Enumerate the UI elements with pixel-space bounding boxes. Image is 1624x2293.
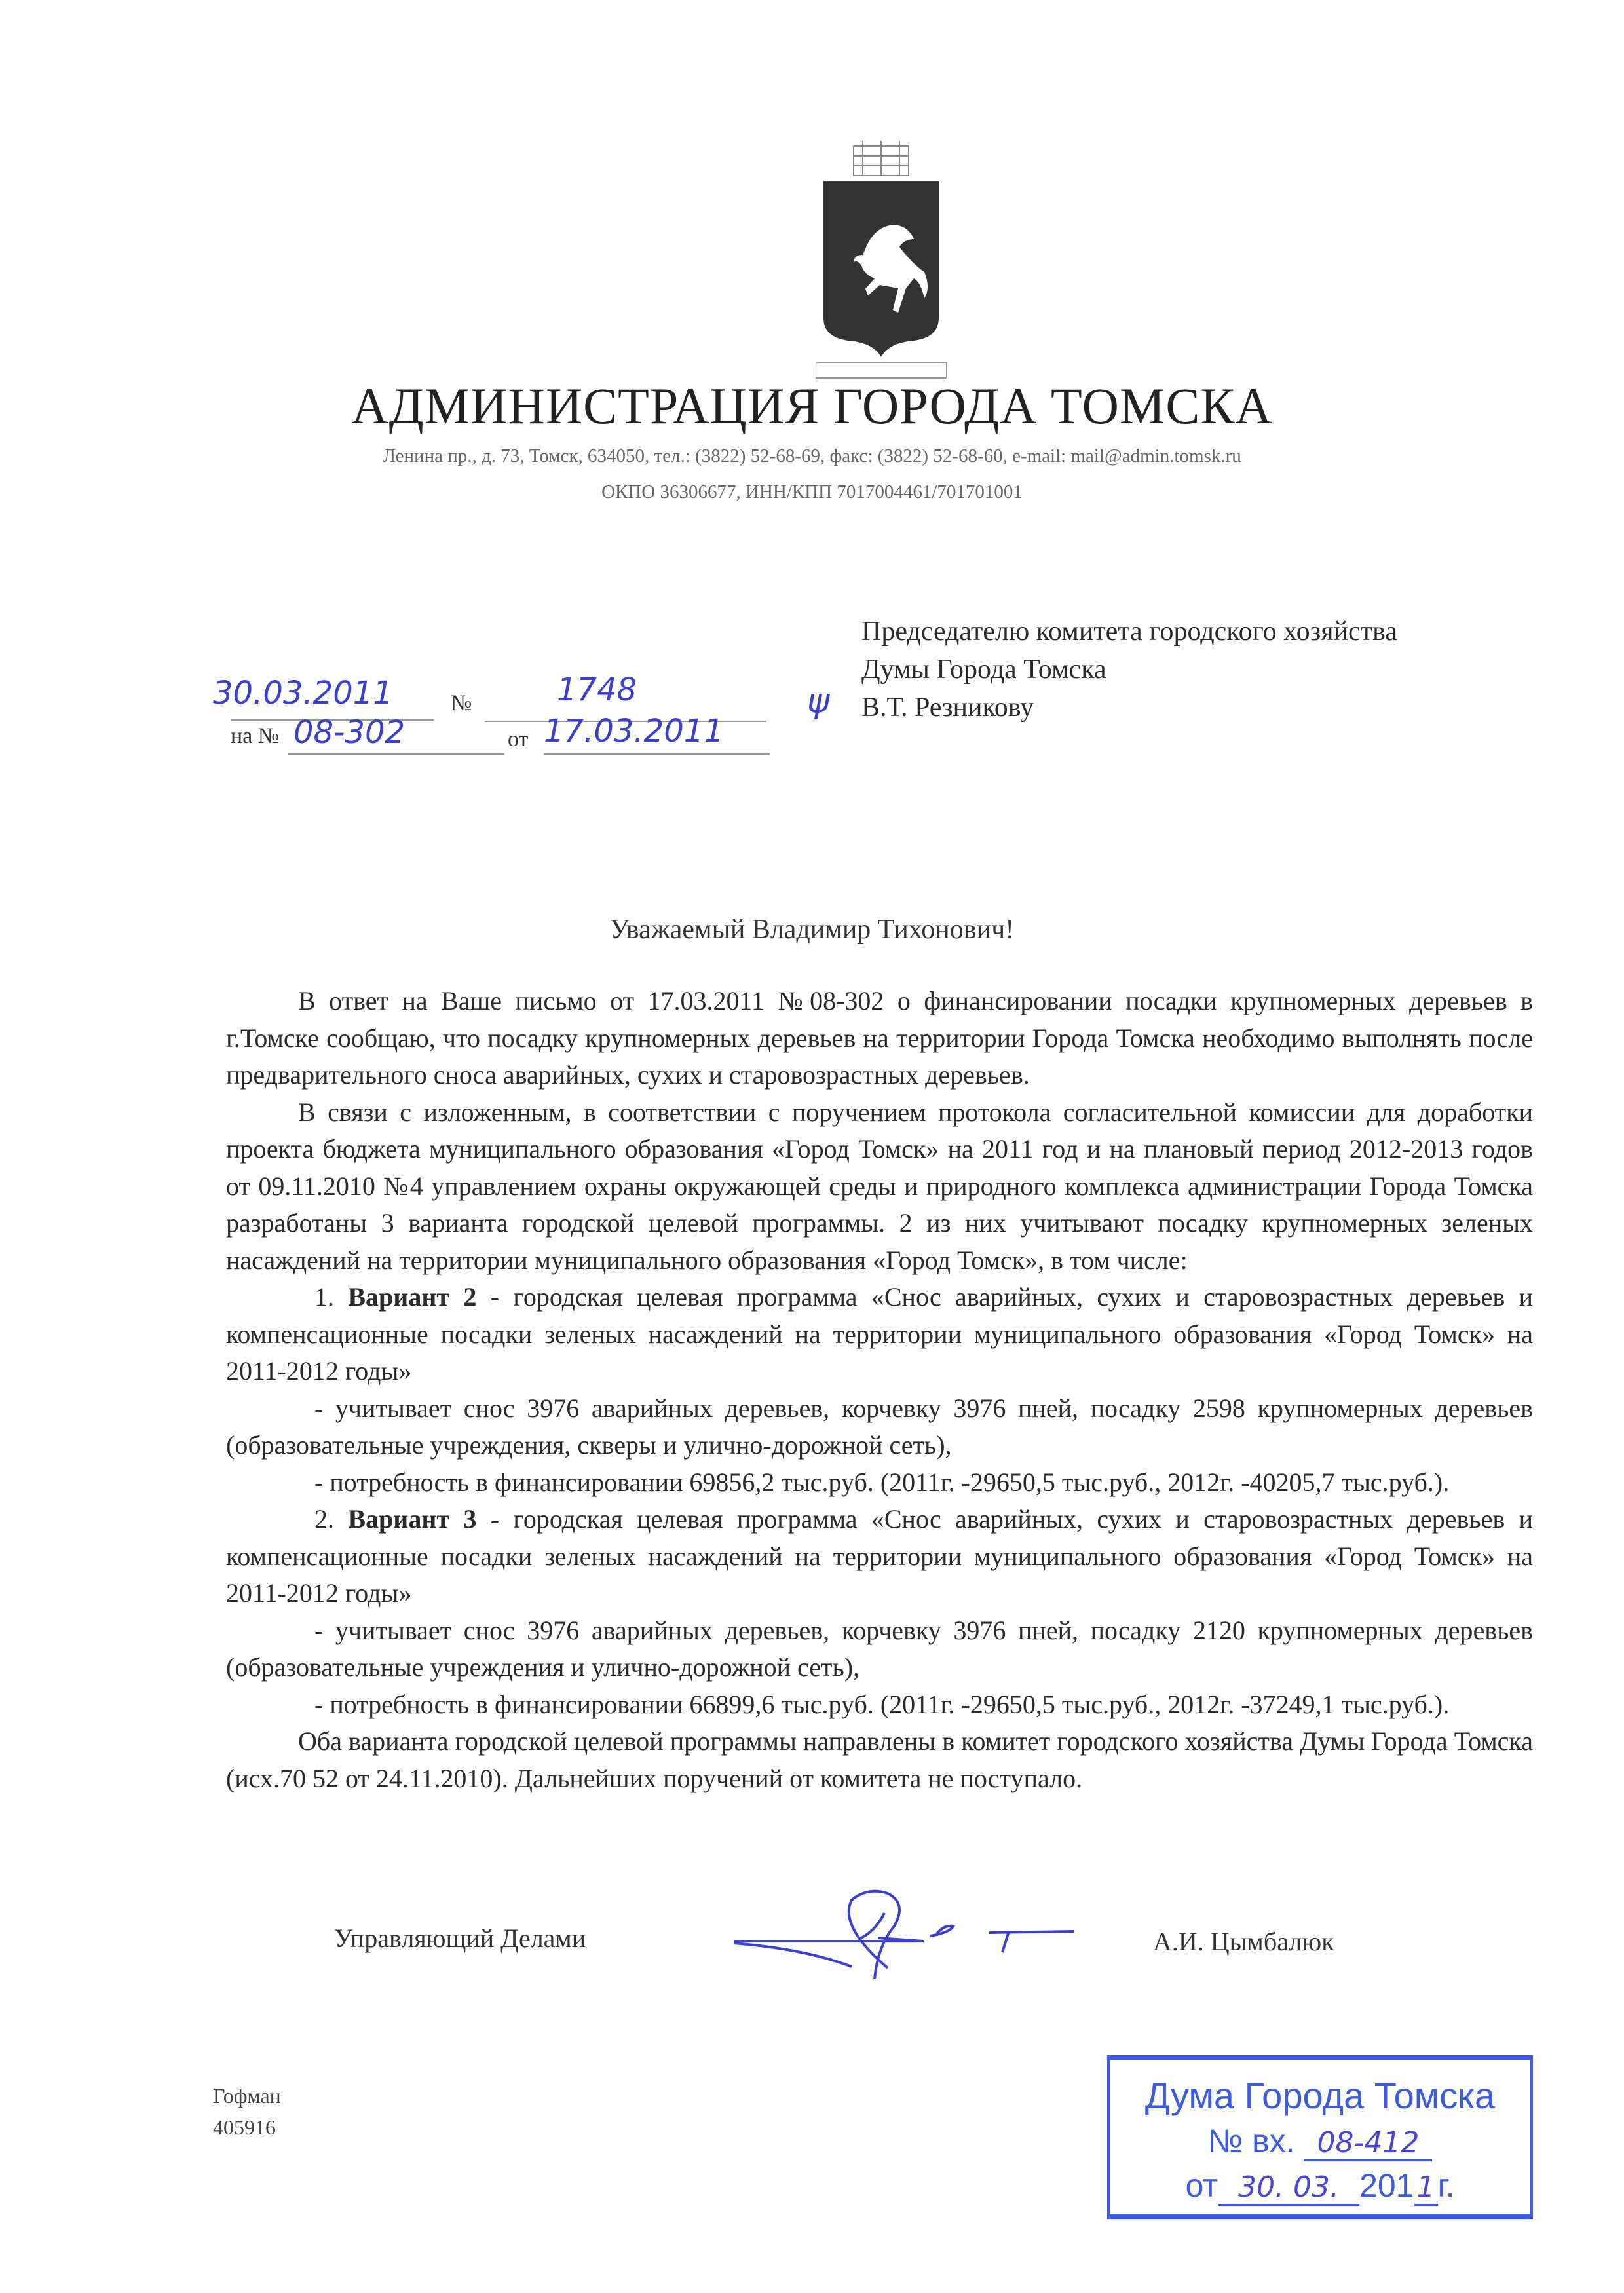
variant-1-item-1: - учитывает снос 3976 аварийных деревьев… [226, 1390, 1533, 1464]
variant-2-item-2: - потребность в финансировании 66899,6 т… [226, 1686, 1533, 1724]
org-title: АДМИНИСТРАЦИЯ ГОРОДА ТОМСКА [0, 377, 1624, 436]
addressee-line-3: В.Т. Резникову [861, 689, 1397, 727]
variant-1-number: 1. [314, 1282, 334, 1312]
variant-1-item-2: - потребность в финансировании 69856,2 т… [226, 1464, 1533, 1502]
variant-1: 1. Вариант 2 - городская целевая програм… [226, 1279, 1533, 1390]
stamp-date-value: 30. 03. [1218, 2170, 1359, 2206]
variant-1-label: Вариант 2 [348, 1282, 476, 1312]
letter-body: В ответ на Ваше письмо от 17.03.2011 №08… [226, 983, 1533, 1797]
variant-2-number: 2. [314, 1504, 334, 1534]
incoming-registration-stamp: Дума Города Томска № вх. 08-412 от30. 03… [1107, 2055, 1533, 2219]
ref-number-underline [288, 753, 504, 755]
tomsk-coat-of-arms-icon [816, 141, 947, 383]
ref-date-underline [544, 753, 770, 755]
variant-2: 2. Вариант 3 - городская целевая програм… [226, 1501, 1533, 1612]
stamp-incoming-number: 08-412 [1304, 2126, 1432, 2161]
resolution-mark-icon: ψ [807, 681, 829, 721]
ref-date-label: от [508, 727, 528, 752]
variant-2-item-1: - учитывает снос 3976 аварийных деревьев… [226, 1612, 1533, 1686]
signer-name: А.И. Цымбалюк [1153, 1926, 1334, 1957]
stamp-number-label: № вх. [1208, 2123, 1295, 2159]
stamp-date-row: от30. 03.2011г. [1110, 2167, 1530, 2206]
org-codes: ОКПО 36306677, ИНН/КПП 7017004461/701701… [0, 482, 1624, 503]
number-label: № [451, 691, 472, 716]
addressee-block: Председателю комитета городского хозяйст… [861, 613, 1397, 727]
paragraph-reply: В ответ на Ваше письмо от 17.03.2011 №08… [226, 983, 1533, 1094]
paragraph-context: В связи с изложенным, в соответствии с п… [226, 1094, 1533, 1279]
paragraph-final: Оба варианта городской целевой программы… [226, 1723, 1533, 1797]
signer-position: Управляющий Делами [334, 1923, 586, 1954]
outgoing-date: 30.03.2011 [213, 675, 393, 711]
stamp-year-end: г. [1438, 2167, 1455, 2204]
stamp-number-row: № вх. 08-412 [1110, 2122, 1530, 2161]
stamp-title: Дума Города Томска [1110, 2074, 1530, 2117]
outgoing-number: 1748 [557, 672, 637, 708]
stamp-year-suffix: 1 [1414, 2170, 1438, 2206]
ref-number: 08-302 [293, 714, 405, 751]
ref-number-label: на № [231, 724, 279, 749]
ref-date: 17.03.2011 [544, 713, 724, 749]
stamp-date-label: от [1185, 2167, 1218, 2204]
greeting: Уважаемый Владимир Тихонович! [0, 914, 1624, 945]
executor-name: Гофман [213, 2080, 281, 2112]
executor-phone: 405916 [213, 2112, 281, 2143]
addressee-line-2: Думы Города Томска [861, 651, 1397, 689]
executor-block: Гофман 405916 [213, 2080, 281, 2143]
handwritten-signature-icon [727, 1887, 1133, 1992]
org-address: Ленина пр., д. 73, Томск, 634050, тел.: … [0, 445, 1624, 467]
variant-2-label: Вариант 3 [348, 1504, 476, 1534]
addressee-line-1: Председателю комитета городского хозяйст… [861, 613, 1397, 651]
stamp-year-prefix: 201 [1359, 2167, 1414, 2204]
